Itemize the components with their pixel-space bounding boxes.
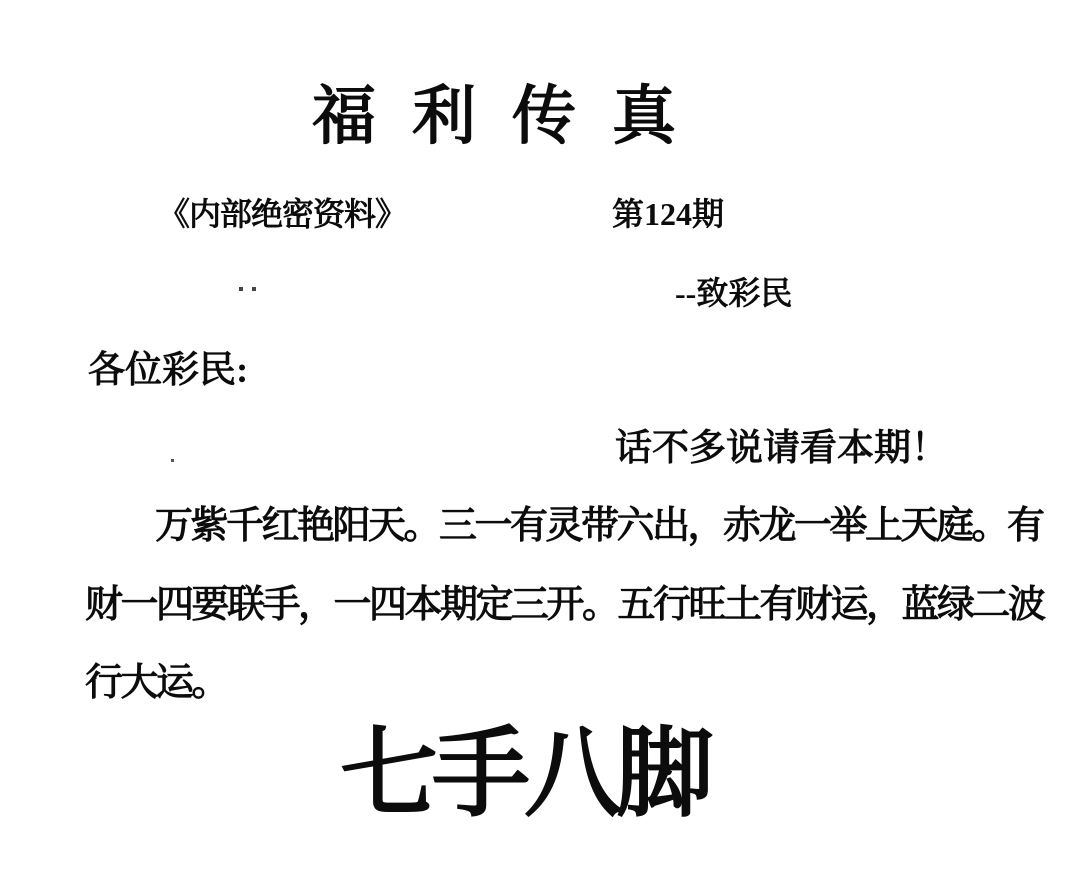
idiom-headline: 七手八脚 xyxy=(340,726,708,824)
scan-noise-dot xyxy=(239,287,243,291)
tip-paragraph-line-1: 万紫千红艳阳天。三一有灵带六出，赤龙一举上天庭。有 xyxy=(155,507,1043,545)
dedication-line: --致彩民 xyxy=(675,277,792,309)
tip-paragraph-line-3: 行大运。 xyxy=(85,664,227,702)
scan-noise-dot xyxy=(171,459,174,462)
fax-document-page: 福利传真 《内部绝密资料》 第124期 --致彩民 各位彩民: 话不多说请看本期… xyxy=(0,0,1080,887)
salutation: 各位彩民: xyxy=(88,352,248,389)
page-title: 福利传真 xyxy=(312,84,712,148)
intro-line: 话不多说请看本期！ xyxy=(615,430,948,467)
classified-label: 《内部绝密资料》 xyxy=(158,198,406,230)
scan-noise-dot xyxy=(252,287,256,291)
tip-paragraph-line-2: 财一四要联手，一四本期定三开。五行旺土有财运，蓝绿二波 xyxy=(85,586,1044,624)
issue-number: 第124期 xyxy=(612,198,724,230)
